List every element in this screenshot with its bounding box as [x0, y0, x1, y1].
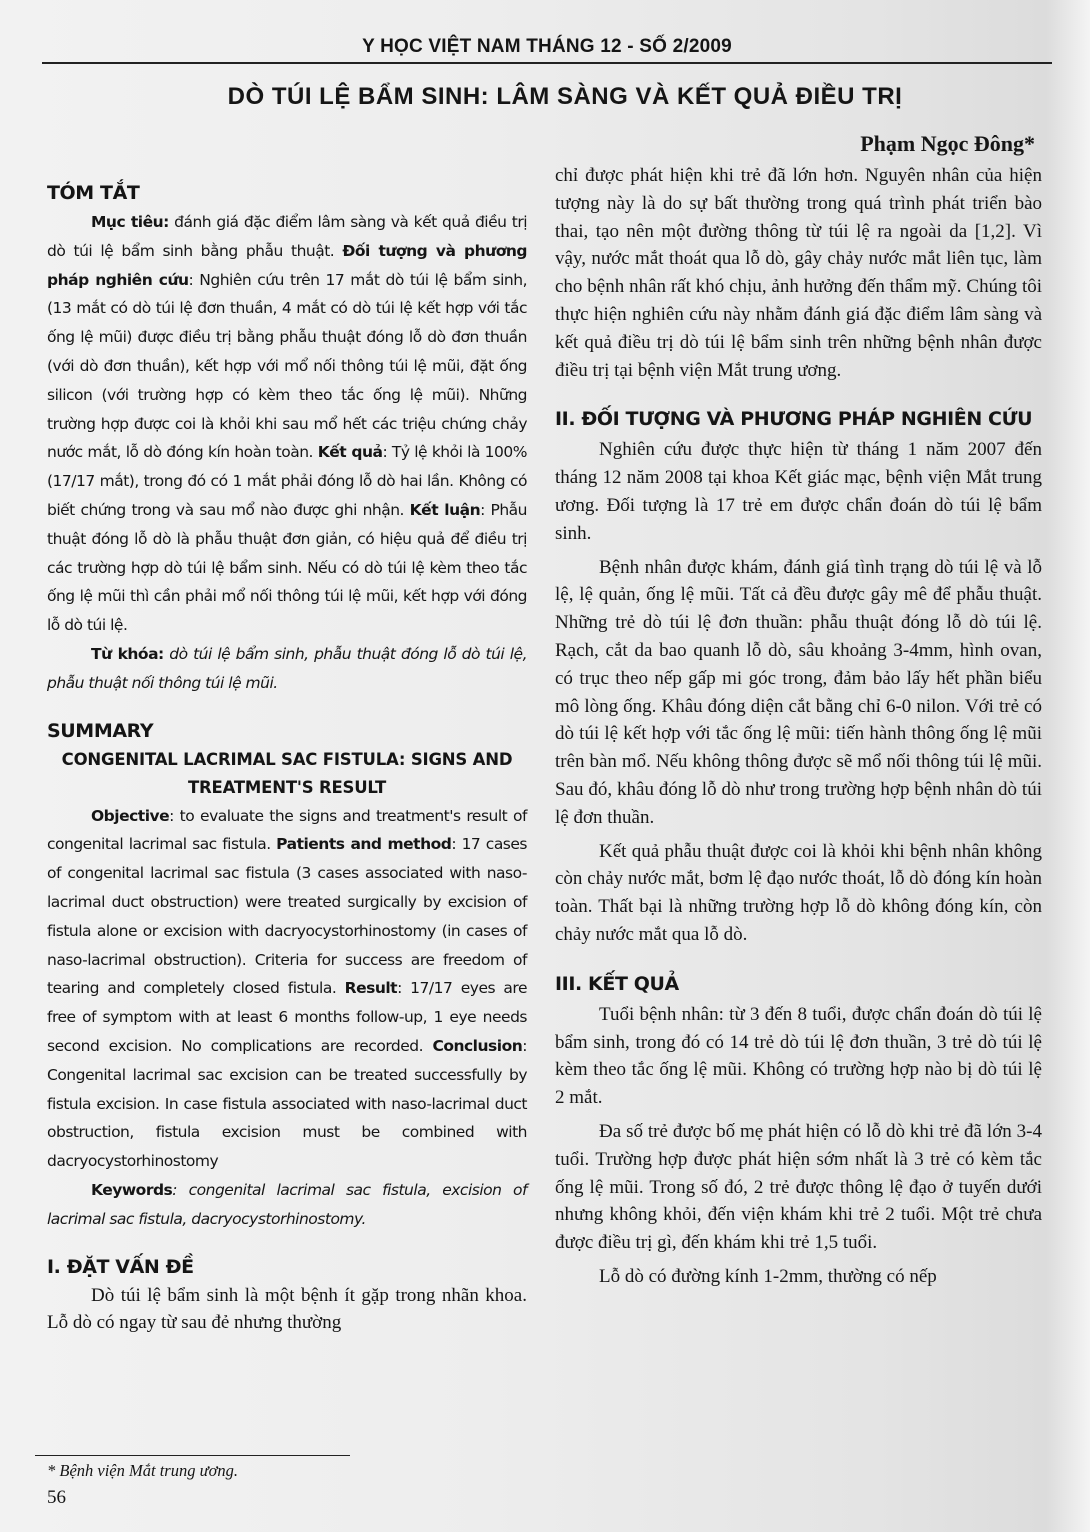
- keywords-vi-label: Từ khóa:: [91, 645, 164, 663]
- section2-heading: II. ĐỐI TƯỢNG VÀ PHƯƠNG PHÁP NGHIÊN CỨU: [555, 404, 1042, 434]
- section2-paragraph-1: Nghiên cứu được thực hiện từ tháng 1 năm…: [555, 436, 1042, 547]
- section3-paragraph-3: Lỗ dò có đường kính 1-2mm, thường có nếp: [555, 1263, 1042, 1291]
- left-column: TÓM TẮT Mục tiêu: đánh giá đặc điểm lâm …: [47, 170, 527, 1337]
- methods-en-label: Patients and method: [276, 835, 451, 853]
- section1-heading: I. ĐẶT VẤN ĐỀ: [47, 1252, 527, 1282]
- conclusion-label: Kết luận: [410, 501, 480, 519]
- keywords-vi: Từ khóa: dò túi lệ bẩm sinh, phẫu thuật …: [47, 640, 527, 698]
- abstract-english: SUMMARY CONGENITAL LACRIMAL SAC FISTULA:…: [47, 716, 527, 1234]
- header-rule: [42, 62, 1052, 64]
- journal-page: Y HỌC VIỆT NAM THÁNG 12 - SỐ 2/2009 DÒ T…: [0, 0, 1090, 1532]
- footnote-rule: [35, 1455, 350, 1456]
- abstract-en-title: CONGENITAL LACRIMAL SAC FISTULA: SIGNS A…: [47, 746, 527, 802]
- conclusion-text: : Phẫu thuật đóng lỗ dò là phẫu thuật đơ…: [47, 501, 527, 634]
- section3-paragraph-2: Đa số trẻ được bố mẹ phát hiện có lỗ dò …: [555, 1118, 1042, 1257]
- abstract-vi-body: Mục tiêu: đánh giá đặc điểm lâm sàng và …: [47, 208, 527, 640]
- methods-text: : Nghiên cứu trên 17 mắt dò túi lệ bẩm s…: [47, 271, 527, 462]
- section3-paragraph-1: Tuổi bệnh nhân: từ 3 đến 8 tuổi, được ch…: [555, 1001, 1042, 1112]
- section3-heading: III. KẾT QUẢ: [555, 969, 1042, 999]
- section1-paragraph-start: Dò túi lệ bẩm sinh là một bệnh ít gặp tr…: [47, 1282, 527, 1337]
- abstract-vi-heading: TÓM TẮT: [47, 178, 527, 208]
- section2-paragraph-3: Kết quả phẫu thuật được coi là khỏi khi …: [555, 838, 1042, 949]
- journal-header: Y HỌC VIỆT NAM THÁNG 12 - SỐ 2/2009: [42, 36, 1052, 58]
- keywords-en: Keywords: congenital lacrimal sac fistul…: [47, 1176, 527, 1234]
- methods-en-text: : 17 cases of congenital lacrimal sac fi…: [47, 835, 527, 997]
- abstract-vietnamese: TÓM TẮT Mục tiêu: đánh giá đặc điểm lâm …: [47, 178, 527, 698]
- conclusion-en-label: Conclusion: [432, 1037, 522, 1055]
- article-author: Phạm Ngọc Đông*: [860, 131, 1035, 157]
- keywords-en-label: Keywords: [91, 1181, 172, 1199]
- article-title: DÒ TÚI LỆ BẨM SINH: LÂM SÀNG VÀ KẾT QUẢ …: [0, 83, 1090, 111]
- results-en-label: Result: [345, 979, 397, 997]
- results-label: Kết quả: [318, 443, 383, 461]
- section1-paragraph-continued: chỉ được phát hiện khi trẻ đã lớn hơn. N…: [555, 162, 1042, 384]
- author-affiliation-footnote: * Bệnh viện Mắt trung ương.: [47, 1461, 238, 1481]
- conclusion-en-text: : Congenital lacrimal sac excision can b…: [47, 1037, 527, 1170]
- objective-label: Mục tiêu:: [91, 213, 169, 231]
- right-column: chỉ được phát hiện khi trẻ đã lớn hơn. N…: [555, 162, 1042, 1291]
- abstract-en-heading: SUMMARY: [47, 716, 527, 746]
- section-introduction: I. ĐẶT VẤN ĐỀ Dò túi lệ bẩm sinh là một …: [47, 1252, 527, 1337]
- page-number: 56: [47, 1487, 66, 1509]
- section2-paragraph-2: Bệnh nhân được khám, đánh giá tình trạng…: [555, 554, 1042, 832]
- objective-en-label: Objective: [91, 807, 169, 825]
- abstract-en-body: Objective: to evaluate the signs and tre…: [47, 802, 527, 1176]
